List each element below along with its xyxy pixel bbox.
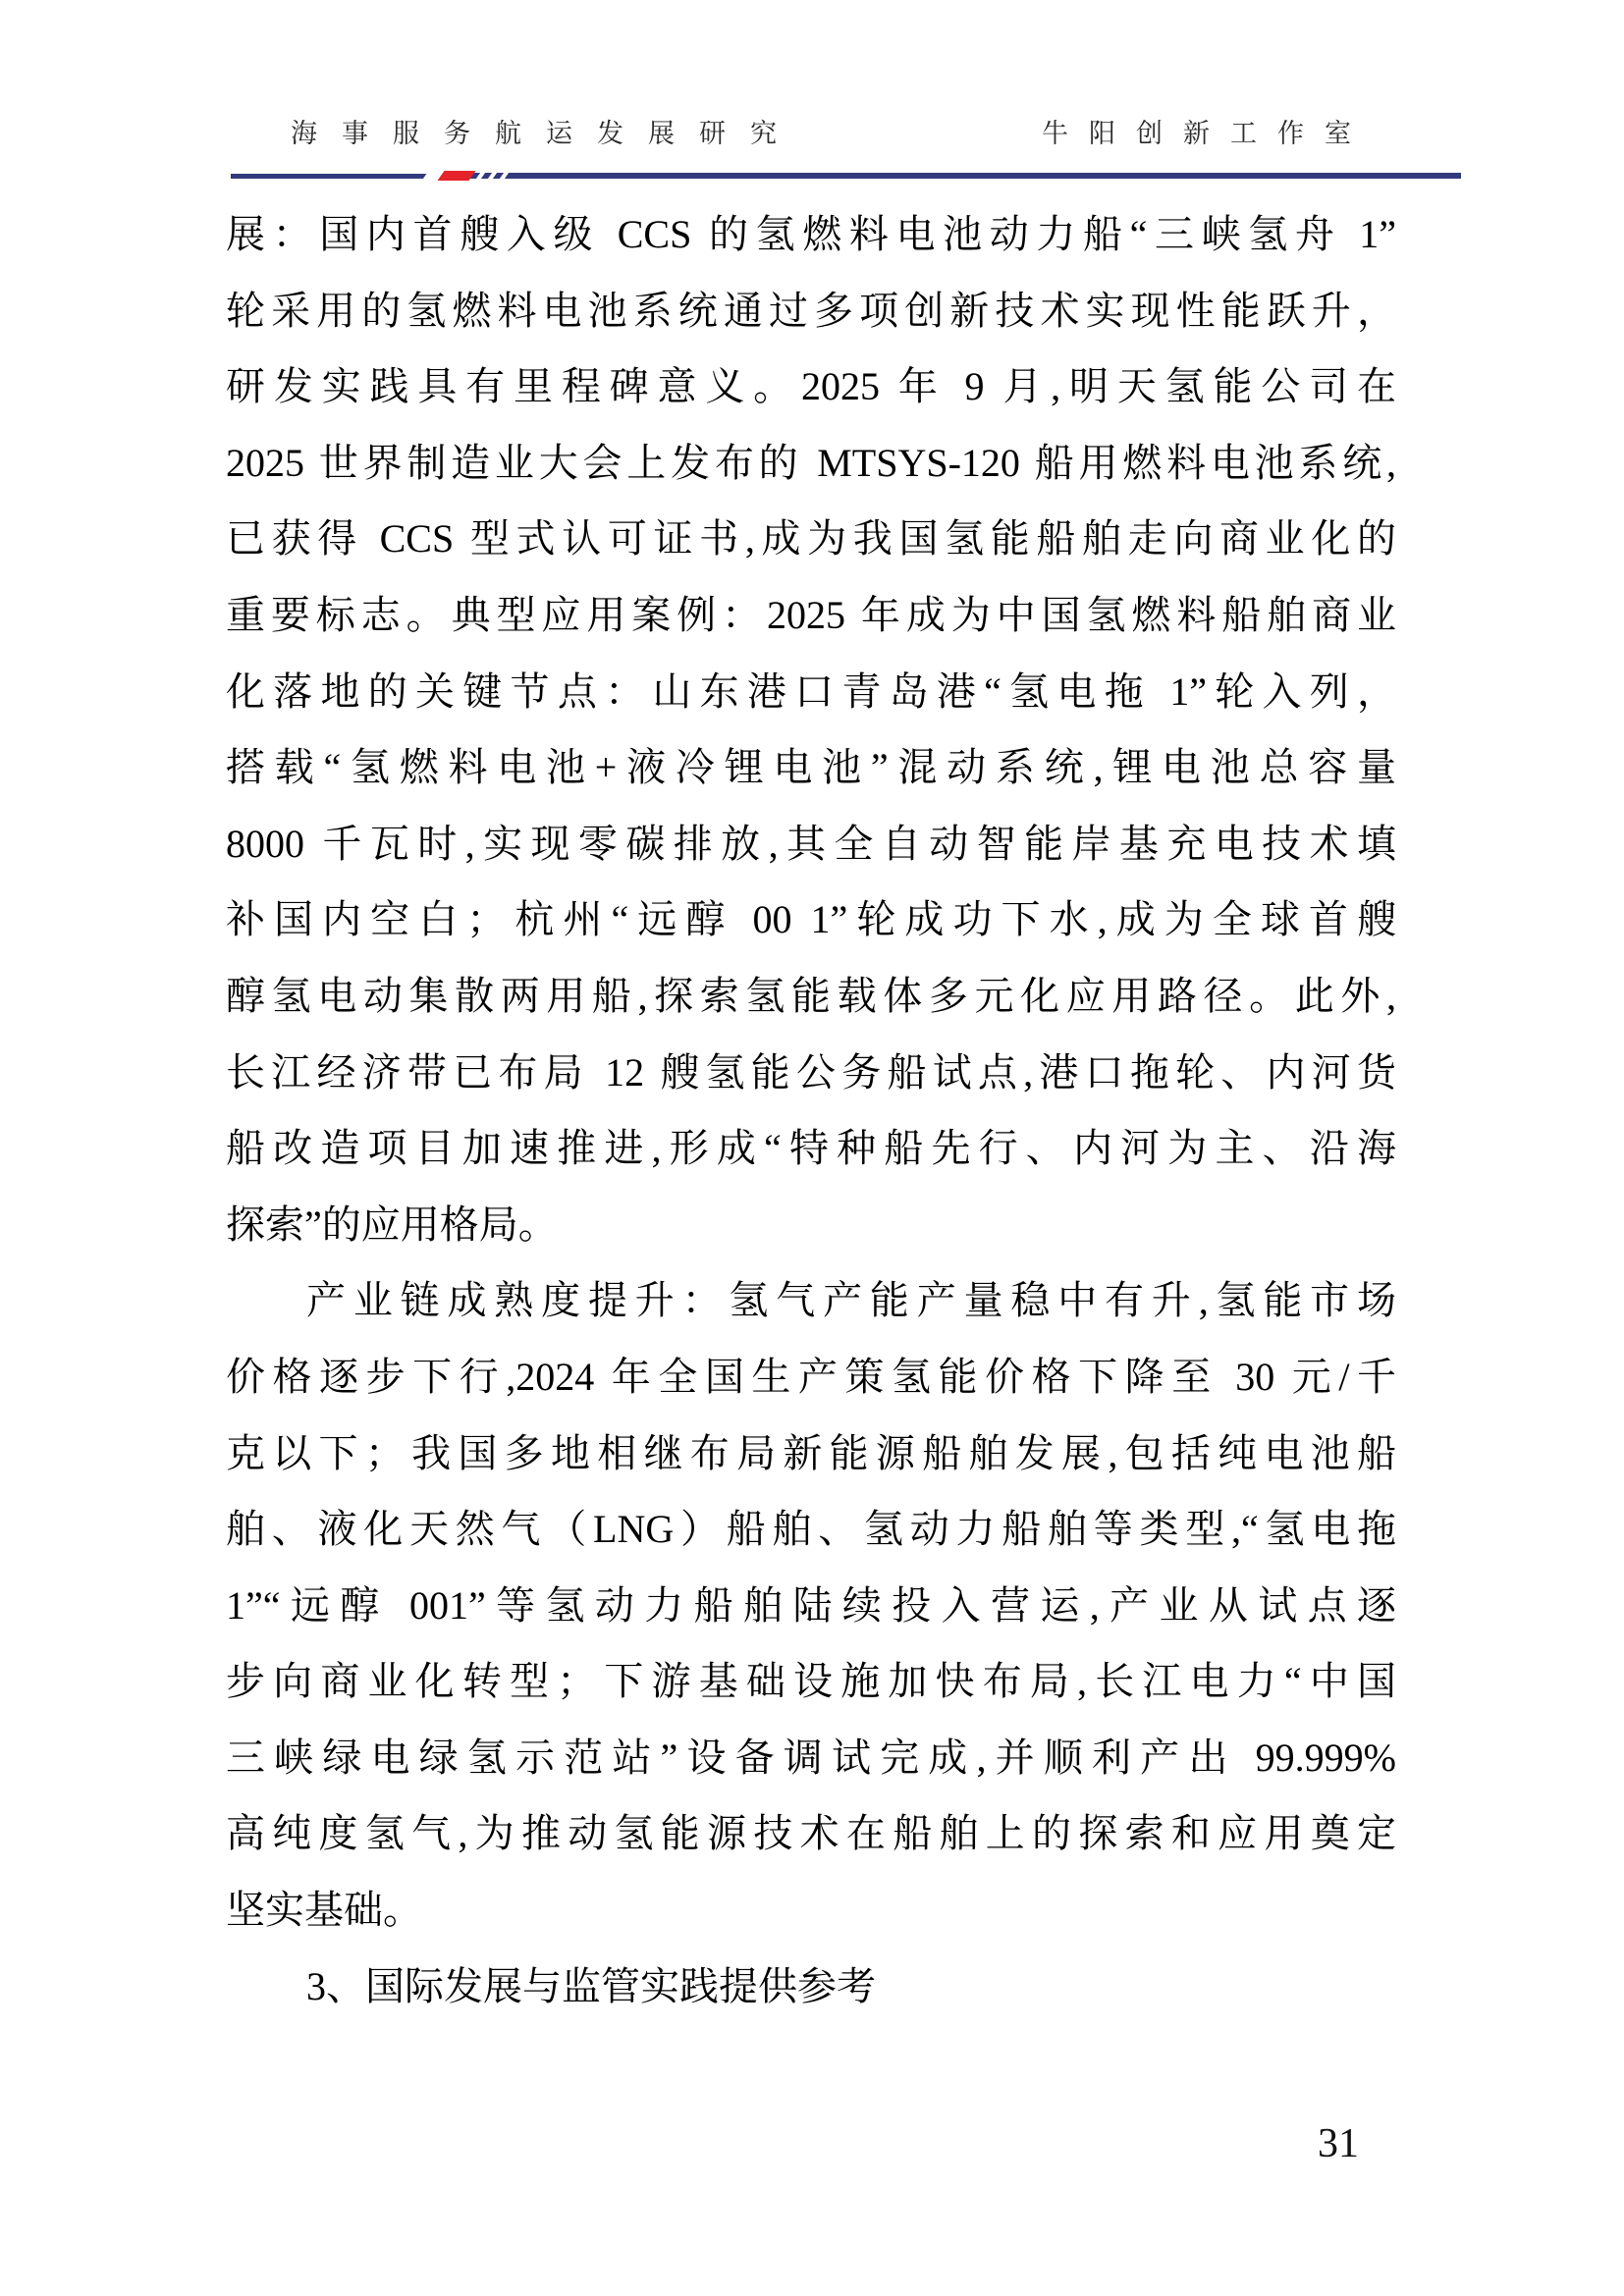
body-line: 研发实践具有里程碑意义。2025 年 9 月,明天氢能公司在 xyxy=(226,348,1396,425)
body-line: 重要标志。典型应用案例：2025 年成为中国氢燃料船舶商业 xyxy=(226,577,1396,654)
body-line: 搭载“氢燃料电池+液冷锂电池”混动系统,锂电池总容量 xyxy=(226,729,1396,806)
body-line: 船改造项目加速推进,形成“特种船先行、内河为主、沿海 xyxy=(226,1110,1396,1187)
body-line: 8000 千瓦时,实现零碳排放,其全自动智能岸基充电技术填 xyxy=(226,806,1396,882)
body-line: 舶、液化天然气（LNG）船舶、氢动力船舶等类型,“氢电拖 xyxy=(226,1491,1396,1568)
body-line: 已获得 CCS 型式认可证书,成为我国氢能船舶走向商业化的 xyxy=(226,501,1396,577)
body-line: 1”“远醇 001”等氢动力船舶陆续投入营运,产业从试点逐 xyxy=(226,1568,1396,1644)
body-line: 化落地的关键节点：山东港口青岛港“氢电拖 1”轮入列， xyxy=(226,654,1396,730)
body-line: 2025 世界制造业大会上发布的 MTSYS-120 船用燃料电池系统, xyxy=(226,425,1396,502)
document-page: 海事服务航运发展研究 牛阳创新工作室 展：国内首艘入级 CCS 的氢燃料电池动力… xyxy=(0,0,1624,2296)
body-line: 坚实基础。 xyxy=(226,1872,1396,1949)
body-line: 3、国际发展与监管实践提供参考 xyxy=(226,1949,1396,2025)
rule-red-accent xyxy=(437,171,475,181)
body-line: 补国内空白；杭州“远醇 00 1”轮成功下水,成为全球首艘 xyxy=(226,881,1396,958)
header-rule xyxy=(231,171,1461,181)
body-line: 高纯度氢气,为推动氢能源技术在船舶上的探索和应用奠定 xyxy=(226,1795,1396,1872)
header-right-title: 牛阳创新工作室 xyxy=(1042,112,1372,150)
body-line: 价格逐步下行,2024 年全国生产策氢能价格下降至 30 元/千 xyxy=(226,1339,1396,1415)
body-line: 克以下；我国多地相继布局新能源船舶发展,包括纯电池船 xyxy=(226,1415,1396,1492)
body-line: 醇氢电动集散两用船,探索氢能载体多元化应用路径。此外, xyxy=(226,958,1396,1035)
body-line: 展：国内首艘入级 CCS 的氢燃料电池动力船“三峡氢舟 1” xyxy=(226,196,1396,273)
page-number: 31 xyxy=(1318,2120,1359,2167)
body-line: 轮采用的氢燃料电池系统通过多项创新技术实现性能跃升， xyxy=(226,273,1396,349)
rule-bar-right xyxy=(462,173,1461,179)
header-left-title: 海事服务航运发展研究 xyxy=(291,112,801,150)
body-line: 长江经济带已布局 12 艘氢能公务船试点,港口拖轮、内河货 xyxy=(226,1035,1396,1111)
body-text: 展：国内首艘入级 CCS 的氢燃料电池动力船“三峡氢舟 1” 轮采用的氢燃料电池… xyxy=(226,196,1396,2024)
body-line: 步向商业化转型；下游基础设施加快布局,长江电力“中国 xyxy=(226,1643,1396,1720)
body-line: 探索”的应用格局。 xyxy=(226,1187,1396,1263)
body-line: 产业链成熟度提升：氢气产能产量稳中有升,氢能市场 xyxy=(226,1262,1396,1339)
rule-bar-left xyxy=(231,174,429,179)
body-line: 三峡绿电绿氢示范站”设备调试完成,并顺利产出 99.999% xyxy=(226,1720,1396,1796)
